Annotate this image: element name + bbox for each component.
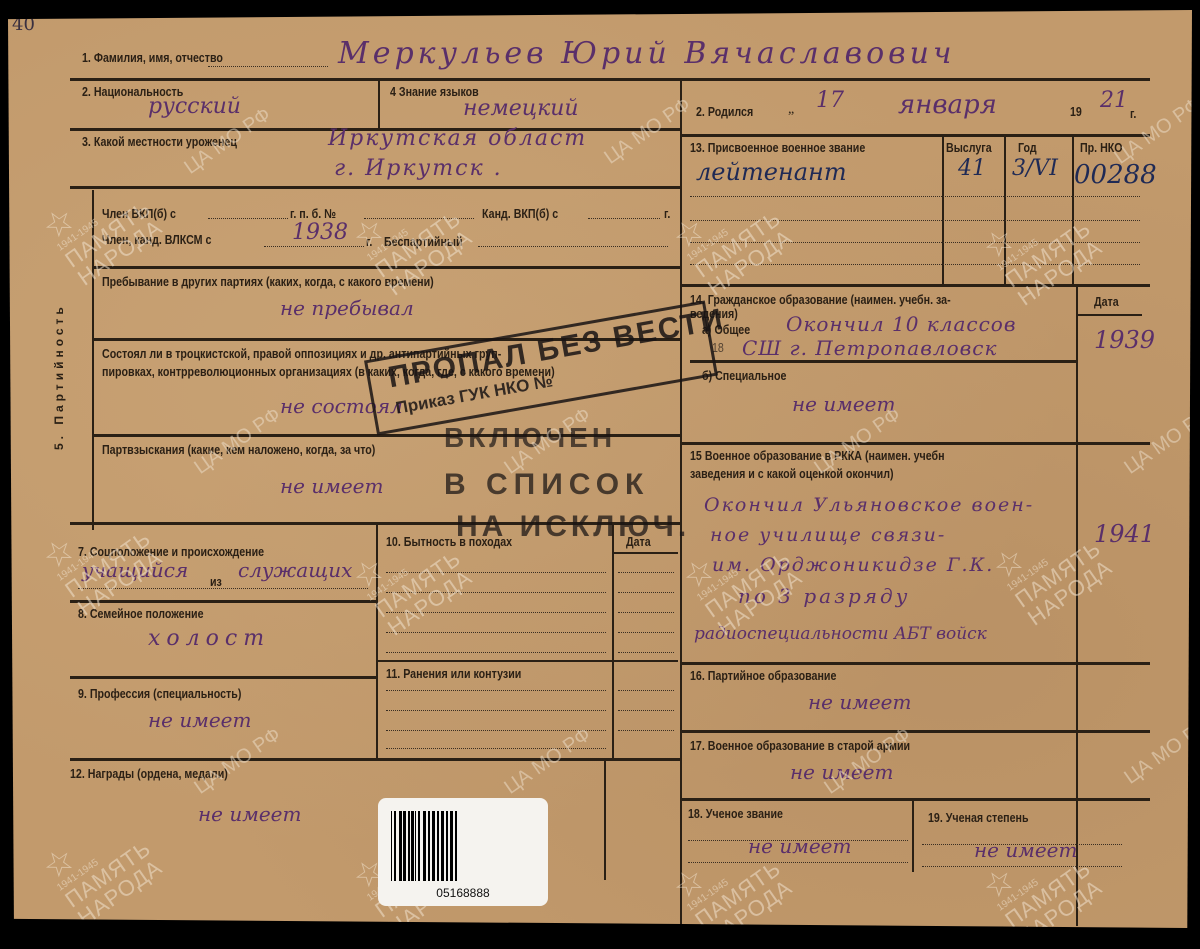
dotted-line (386, 690, 606, 691)
label-old-army-edu: 17. Военное образование в старой армии (690, 738, 910, 753)
rule (70, 186, 680, 189)
label-profession: 9. Профессия (специальность) (78, 686, 241, 701)
label-academic-title: 18. Ученое звание (688, 806, 783, 821)
dotted-line (208, 66, 328, 67)
value-military-edu-3: им. Орджоникидзе Г.К. (712, 554, 994, 576)
rule (680, 134, 1150, 137)
value-other-parties: не пребывал (280, 296, 414, 320)
value-general-edu-1: Окончил 10 классов (786, 312, 1016, 336)
rule (378, 80, 380, 130)
watermark-archive: ЦА МО РФ (1120, 713, 1200, 789)
dotted-line (688, 862, 908, 863)
rule (690, 360, 1076, 363)
watermark-brand-2: НАРОДА (1024, 555, 1117, 630)
stamp-excluded-line2: В СПИСОК (444, 468, 649, 502)
value-born-day: 17 (816, 88, 844, 113)
dotted-line (386, 592, 606, 593)
dotted-line (618, 730, 674, 731)
dotted-line (386, 632, 606, 633)
label-year-suffix: г. (1130, 106, 1136, 121)
dotted-line (690, 196, 1140, 197)
label-year-col: Год (1018, 140, 1037, 155)
rule (614, 552, 678, 554)
watermark-brand-2: НАРОДА (74, 855, 167, 930)
value-rank-year: 3/VI (1012, 156, 1058, 181)
value-service: 41 (958, 156, 986, 181)
rule (70, 600, 376, 603)
label-year-prefix: 19 (1070, 104, 1082, 119)
value-military-edu-2: ное училище связи- (710, 524, 946, 546)
barcode-number: 05168888 (378, 886, 548, 900)
label-social-origin: 7. Соцположение и происхождение (78, 544, 264, 559)
rule (680, 442, 1150, 445)
rule (1078, 314, 1142, 316)
value-vlksm-year: 1938 (292, 220, 348, 245)
label-rank: 13. Присвоенное военное звание (690, 140, 865, 155)
watermark-brand-1: ПАМЯТЬ (692, 857, 785, 932)
watermark-brand-1: ПАМЯТЬ (1002, 217, 1095, 292)
rule (912, 800, 914, 872)
watermark-archive: ЦА МО РФ (500, 723, 595, 799)
value-military-edu-date: 1941 (1094, 520, 1155, 548)
label-order-col: Пр. НКО (1080, 140, 1123, 155)
value-social-origin: служащих (238, 558, 352, 582)
label-military-edu-1: 15 Военное образование в РККА (наимен. у… (690, 448, 945, 463)
label-vlksm-suffix: г. (366, 234, 372, 249)
watermark-years: 1941-1945 (55, 828, 142, 894)
dotted-line (690, 242, 1140, 243)
label-party-section: 5. Партийность (52, 303, 66, 450)
dotted-line (386, 652, 606, 653)
label-vkp-candidate-suffix: г. (664, 206, 670, 221)
stamp-excluded-line3: НА ИСКЛЮЧ. (456, 510, 690, 544)
rule (378, 660, 678, 662)
value-nationality: русский (148, 94, 241, 119)
rule (376, 524, 378, 758)
rule (70, 78, 1150, 81)
barcode-icon (391, 811, 536, 881)
watermark: ☆1941-1945ПАМЯТЬНАРОДА (978, 183, 1108, 309)
rule (70, 758, 680, 761)
label-vlksm: Член, канд. ВЛКСМ с (102, 232, 211, 247)
personnel-record-card: 40 1. Фамилия, имя, отчество Меркульев Ю… (8, 10, 1192, 928)
dotted-line (208, 218, 288, 219)
watermark-years: 1941-1945 (365, 198, 452, 264)
watermark: ☆1941-1945ПАМЯТЬНАРОДА (38, 163, 168, 289)
dotted-line (364, 218, 474, 219)
rule (612, 524, 614, 758)
stamp-excluded-line1: ВКЛЮЧЕН (444, 422, 616, 454)
value-born-year: 21 (1100, 88, 1128, 113)
value-party-edu: не имеет (808, 690, 911, 714)
barcode-sticker: 05168888 (378, 798, 548, 906)
label-full-name: 1. Фамилия, имя, отчество (82, 50, 223, 65)
rule (604, 760, 606, 880)
value-military-edu-4: по 3 разряду (738, 584, 910, 608)
dotted-line (618, 572, 674, 573)
value-special-edu: не имеет (792, 392, 895, 416)
rule (70, 676, 376, 679)
watermark-archive: ЦА МО РФ (190, 723, 285, 799)
value-academic-degree: не имеет (974, 838, 1077, 862)
value-military-edu-5: радиоспециальности АБТ войск (694, 624, 987, 644)
value-general-date: 1939 (1094, 326, 1155, 354)
rule (1076, 286, 1078, 926)
label-vkp-candidate: Канд. ВКП(б) с (482, 206, 558, 221)
dotted-line (922, 866, 1122, 867)
value-social-status: учащийся (82, 558, 188, 582)
watermark-brand-1: ПАМЯТЬ (1012, 537, 1105, 612)
stamp-missing-line1: ПРОПАЛ БЕЗ ВЕСТИ (386, 303, 727, 396)
born-quote: „ (788, 102, 794, 118)
label-wounds: 11. Ранения или контузии (386, 666, 521, 681)
label-nonparty: Беспартийный (384, 234, 463, 249)
watermark-brand-2: НАРОДА (1014, 875, 1107, 949)
label-family-status: 8. Семейное положение (78, 606, 204, 621)
label-civil-education-1: 14. Гражданское образование (наимен. уче… (690, 292, 951, 307)
dotted-line (618, 612, 674, 613)
watermark-brand-1: ПАМЯТЬ (1002, 857, 1095, 932)
value-full-name: Меркульев Юрий Вячаславович (338, 36, 956, 71)
value-languages: немецкий (463, 96, 579, 121)
label-vkp-card: г. п. б. № (290, 206, 336, 221)
watermark: ☆1941-1945ПАМЯТЬНАРОДА (38, 803, 168, 929)
dotted-line (264, 246, 364, 247)
rule (680, 662, 1150, 665)
value-military-edu-1: Окончил Ульяновское воен- (704, 494, 1034, 516)
label-academic-degree: 19. Ученая степень (928, 810, 1029, 825)
label-military-edu-2: заведения и с какой оценкой окончил) (690, 466, 894, 481)
watermark-brand-1: ПАМЯТЬ (62, 837, 155, 912)
value-academic-title: не имеет (748, 834, 851, 858)
label-penalties: Партвзыскания (какие, кем наложено, когд… (102, 442, 375, 457)
dotted-line (588, 218, 660, 219)
label-service: Выслуга (946, 140, 992, 155)
watermark-brand-2: НАРОДА (384, 565, 477, 640)
watermark-years: 1941-1945 (1005, 528, 1092, 594)
dotted-line (690, 220, 1140, 221)
rule (680, 730, 1150, 733)
rule (92, 190, 94, 530)
label-awards: 12. Награды (ордена, медали) (70, 766, 228, 781)
star-icon: ☆ (978, 823, 1076, 904)
watermark-years: 1941-1945 (685, 198, 772, 264)
dotted-line (386, 572, 606, 573)
value-general-edu-2: СШ г. Петропавловск (742, 336, 997, 360)
value-profession: не имеет (148, 708, 251, 732)
label-birthplace: 3. Какой местности уроженец (82, 134, 237, 149)
value-family-status: холост (148, 626, 270, 651)
value-old-army-edu: не имеет (790, 760, 893, 784)
rule (680, 798, 1150, 801)
value-birthplace-line1: Иркутская област (328, 126, 587, 151)
dotted-line (386, 730, 606, 731)
label-other-parties: Пребывание в других партиях (каких, когд… (102, 274, 434, 289)
dotted-line (618, 632, 674, 633)
value-born-month: января (898, 90, 997, 120)
label-born: 2. Родился (696, 104, 753, 119)
dotted-line (618, 652, 674, 653)
dotted-line (618, 690, 674, 691)
stamp-missing: ПРОПАЛ БЕЗ ВЕСТИ Приказ ГУК НКО № (364, 301, 718, 436)
watermark-brand-1: ПАМЯТЬ (372, 547, 465, 622)
dotted-line (386, 748, 606, 749)
dotted-line (78, 588, 368, 589)
value-rank: лейтенант (696, 158, 847, 186)
dotted-line (618, 710, 674, 711)
label-from: из (210, 574, 222, 589)
star-icon: ☆ (38, 803, 136, 884)
value-penalties: не имеет (280, 474, 383, 498)
dotted-line (386, 710, 606, 711)
rule (94, 266, 680, 269)
corner-note: 40 (12, 14, 35, 35)
dotted-line (478, 246, 668, 247)
watermark-brand-1: ПАМЯТЬ (692, 207, 785, 282)
label-vkp-member: Член ВКП(б) с (102, 206, 176, 221)
star-icon: ☆ (348, 513, 446, 594)
watermark-brand-2: НАРОДА (704, 875, 797, 949)
value-awards: не имеет (198, 802, 301, 826)
label-civil-date: Дата (1094, 294, 1119, 309)
watermark: ☆1941-1945ПАМЯТЬНАРОДА (668, 173, 798, 299)
value-order: 00288 (1074, 160, 1157, 190)
dotted-line (386, 612, 606, 613)
rule (680, 284, 1150, 287)
dotted-line (618, 592, 674, 593)
label-party-edu: 16. Партийное образование (690, 668, 836, 683)
dotted-line (690, 264, 1140, 265)
watermark-brand-2: НАРОДА (704, 225, 797, 300)
value-birthplace-line2: г. Иркутск . (334, 156, 503, 181)
